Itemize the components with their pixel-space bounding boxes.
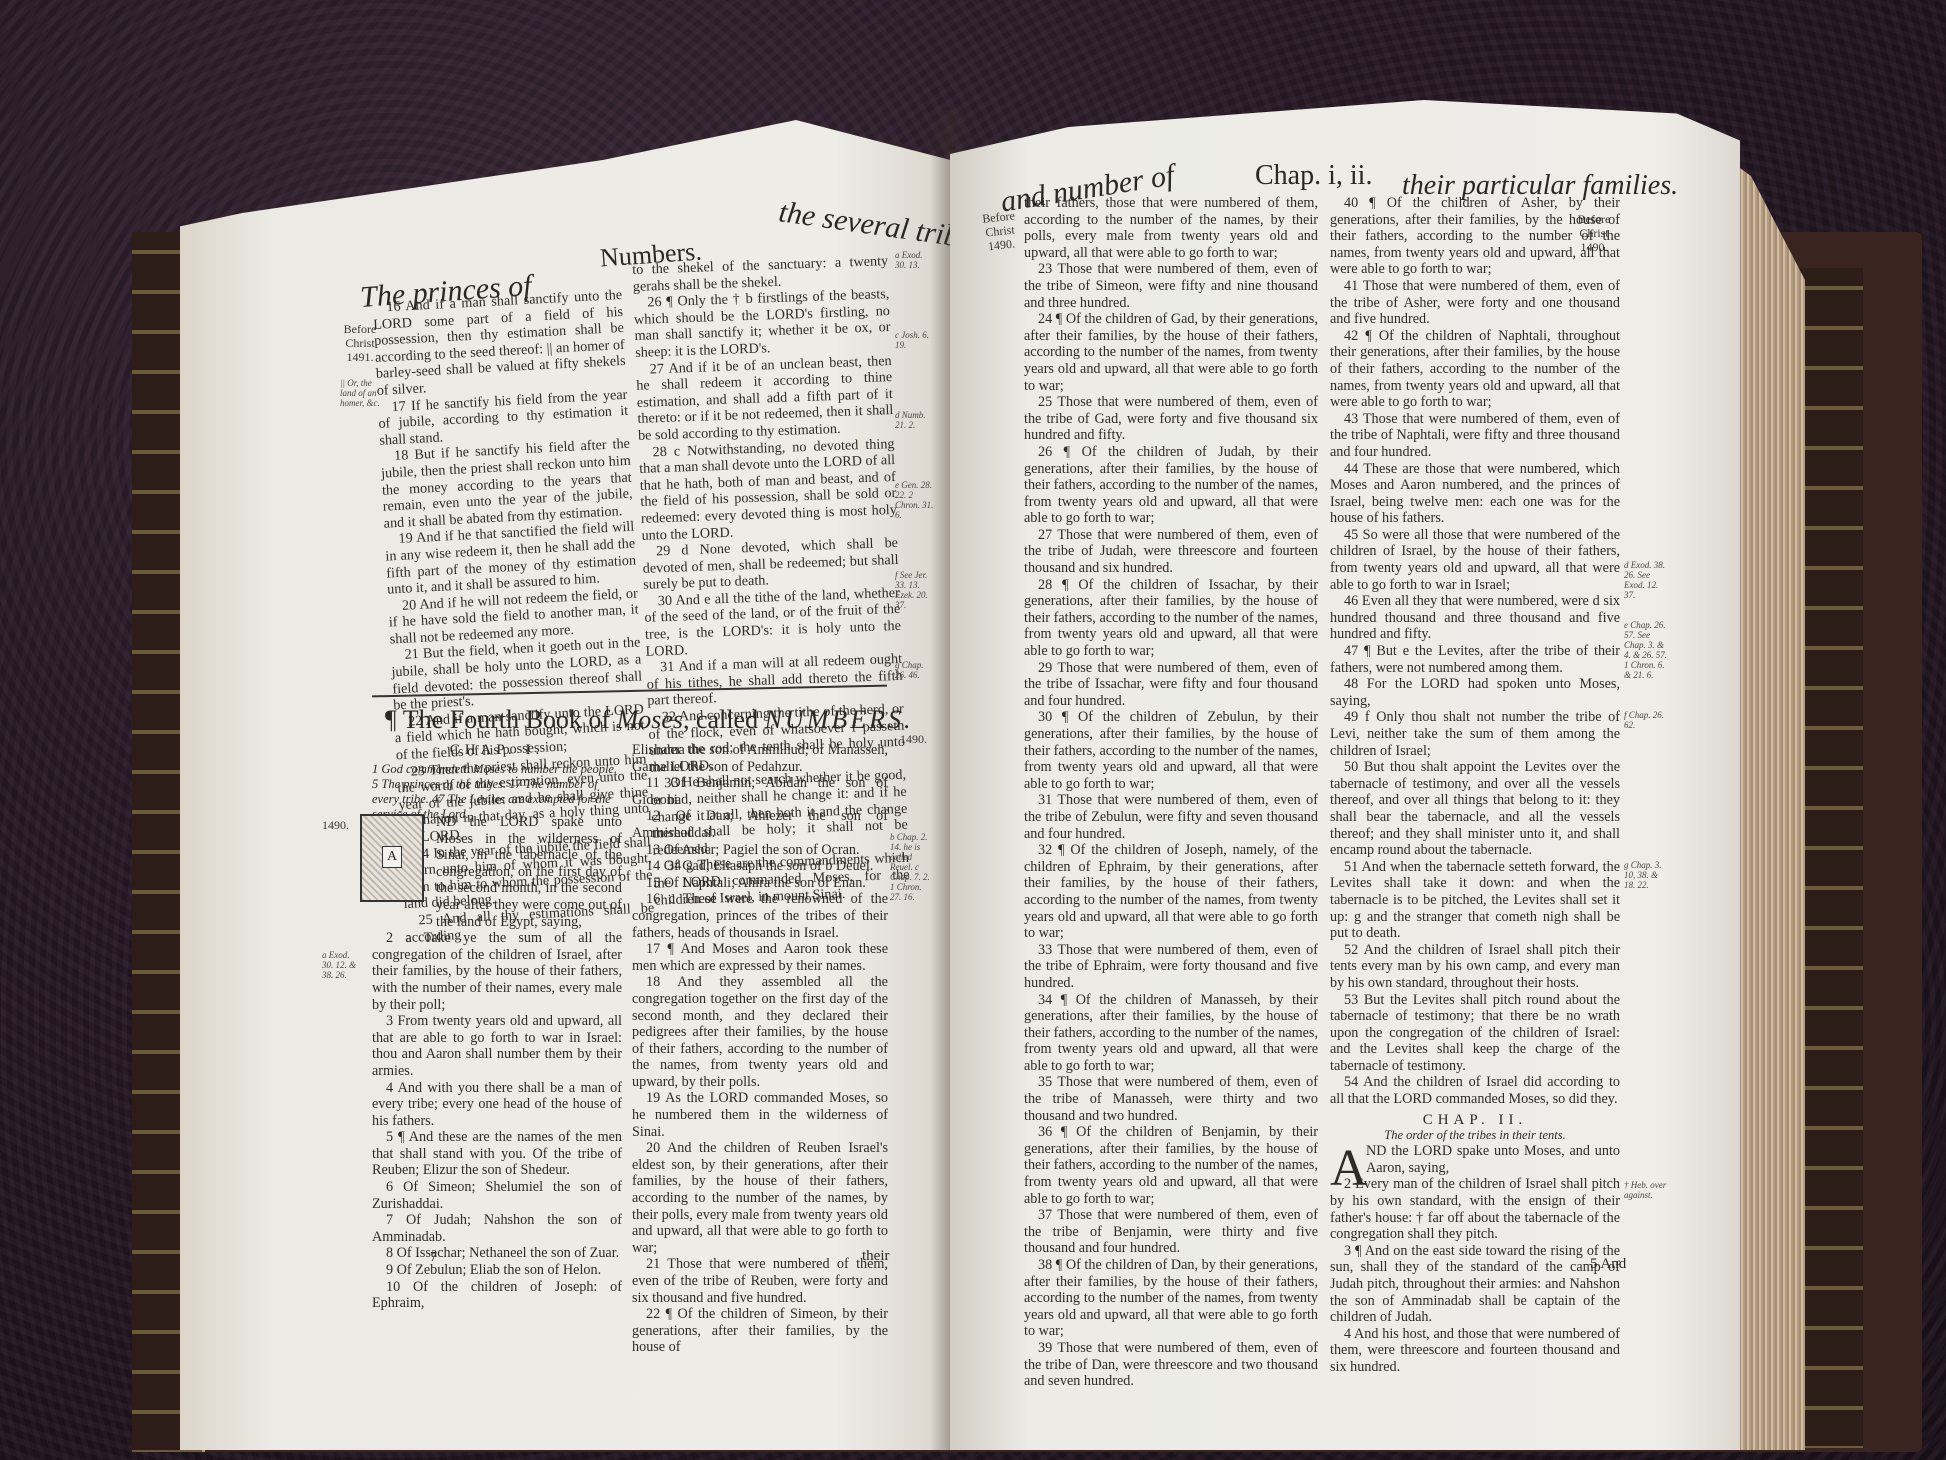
margin-year-left: 1490. [322, 818, 349, 832]
drop-cap: A [1330, 1143, 1368, 1195]
verse: 22 ¶ Of the children of Simeon, by their… [632, 1306, 888, 1356]
right-col2: 40 ¶ Of the children of Asher, by their … [1330, 195, 1620, 1376]
verse: 24 ¶ Of the children of Gad, by their ge… [1024, 311, 1318, 394]
verse: 5 ¶ And these are the names of the men t… [372, 1129, 622, 1179]
right-col1: their fathers, those that were numbered … [1024, 195, 1318, 1390]
verse: 25 Those that were numbered of them, eve… [1024, 394, 1318, 444]
verse: ND the LORD spake unto Moses in the wild… [436, 814, 622, 930]
footnote: f Chap. 26. 62. [1624, 710, 1670, 730]
left-col1-bottom: ND the LORD spake unto Moses in the wild… [372, 814, 622, 1312]
footnote: a Exod. 30. 12. & 38. 26. [322, 950, 362, 980]
verse: 15 Of Naphtali; Ahira the son of Enan. [632, 875, 888, 892]
verse: 41 Those that were numbered of them, eve… [1330, 278, 1620, 328]
verse: 39 Those that were numbered of them, eve… [1024, 1340, 1318, 1390]
verse: 38 ¶ Of the children of Dan, by their ge… [1024, 1257, 1318, 1340]
verse: 31 And if a man will at all redeem ought… [646, 651, 904, 710]
verse: 21 Those that were numbered of them, eve… [632, 1256, 888, 1306]
verse: 29 Those that were numbered of them, eve… [1024, 660, 1318, 710]
verse: 19 As the LORD commanded Moses, so he nu… [632, 1090, 888, 1140]
footnote: d Numb. 21. 2. [895, 410, 935, 430]
right-col2-notes: d Exod. 38. 26. See Exod. 12. 37. e Chap… [1624, 560, 1670, 1200]
verse: 20 And the children of Reuben Israel's e… [632, 1140, 888, 1256]
verse: 2 a Take ye the sum of all the congregat… [372, 930, 622, 1013]
verse: 30 And e all the tithe of the land, whet… [644, 585, 902, 660]
verse: 7 Of Judah; Nahshon the son of Amminadab… [372, 1212, 622, 1245]
verse: 14 Of Gad; Eliasaph the son of b Deuel. [632, 858, 888, 875]
page-number: 7 [430, 1250, 437, 1266]
verse: 18 And they assembled all the congregati… [632, 974, 888, 1090]
chapter-heading: CHAP. I. [372, 742, 622, 759]
verse: 43 Those that were numbered of them, eve… [1330, 411, 1620, 461]
verse: 26 ¶ Of the children of Judah, by their … [1024, 444, 1318, 527]
chapter-summary: The order of the tribes in their tents. [1330, 1128, 1620, 1143]
footnote: a Exod. 30. 13. [895, 250, 935, 270]
verse: 49 f Only thou shalt not number the trib… [1330, 709, 1620, 759]
footnote: b Chap. 2. 14. he is called Reuel. c Cha… [890, 832, 934, 902]
verse: 6 Of Simeon; Shelumiel the son of Zurish… [372, 1179, 622, 1212]
book-title: ¶ The Fourth Book of Moses, called NUMBE… [385, 705, 914, 735]
chapter-heading: CHAP. II. [1330, 1112, 1620, 1129]
verse: 27 And if it be of an unclean beast, the… [635, 353, 894, 445]
verse: 30 ¶ Of the children of Zebulun, by thei… [1024, 709, 1318, 792]
verse: 52 And the children of Israel shall pitc… [1330, 942, 1620, 992]
verse: 37 Those that were numbered of them, eve… [1024, 1207, 1318, 1257]
margin-note: || Or, the land of an homer, &c. [340, 378, 380, 408]
footnote: d Exod. 38. 26. See Exod. 12. 37. [1624, 560, 1670, 600]
verse: 28 c Notwithstanding, no devoted thing t… [638, 435, 897, 543]
verse: 3 ¶ And on the east side toward the risi… [1330, 1243, 1620, 1326]
verse: 48 For the LORD had spoken unto Moses, s… [1330, 676, 1620, 709]
verse: 27 Those that were numbered of them, eve… [1024, 527, 1318, 577]
verse: 4 And his host, and those that were numb… [1330, 1326, 1620, 1376]
verse: 9 Of Zebulun; Eliab the son of Helon. [372, 1262, 622, 1279]
verse: 2 Every man of the children of Israel sh… [1330, 1176, 1620, 1242]
verse: 4 And with you there shall be a man of e… [372, 1080, 622, 1130]
verse: 31 Those that were numbered of them, eve… [1024, 792, 1318, 842]
verse: 34 ¶ Of the children of Manasseh, by the… [1024, 992, 1318, 1075]
verse: 16 And if a man shall sanctify unto the … [372, 287, 627, 400]
verse: Elishama the son of Ammihud; of Manasseh… [632, 742, 888, 775]
verse: 19 And if he that sanctified the field w… [384, 519, 637, 598]
verse: 13 Of Asher; Pagiel the son of Ocran. [632, 842, 888, 859]
verse: 8 Of Issachar; Nethaneel the son of Zuar… [372, 1245, 622, 1262]
verse: 32 ¶ Of the children of Joseph, namely, … [1024, 842, 1318, 942]
verse: 45 So were all those that were numbered … [1330, 527, 1620, 593]
verse: ND the LORD spake unto Moses, and unto A… [1366, 1143, 1620, 1176]
verse: 3 From twenty years old and upward, all … [372, 1013, 622, 1079]
verse: 18 But if he sanctify his field after th… [380, 436, 634, 532]
verse: 47 ¶ But e the Levites, after the tribe … [1330, 643, 1620, 676]
footnote: † Heb. over against. [1624, 1180, 1670, 1200]
verse: 26 ¶ Only the † b firstlings of the beas… [633, 286, 891, 361]
verse: 35 Those that were numbered of them, eve… [1024, 1074, 1318, 1124]
verse: 11 Of Benjamin; Abidan the son of Gideon… [632, 775, 888, 808]
footnote: f See Jer. 33. 13. Ezek. 20. 37. [895, 570, 935, 610]
verse: 17 ¶ And Moses and Aaron took these men … [632, 941, 888, 974]
verse: 44 These are those that were numbered, w… [1330, 461, 1620, 527]
margin-year-right: 1490. [900, 732, 927, 746]
footnote: e Gen. 28. 22. 2 Chron. 31. 6. [895, 480, 935, 520]
chapter-summary: 1 God commandeth Moses to number the peo… [372, 762, 622, 822]
left-col2-bottom: Elishama the son of Ammihud; of Manasseh… [632, 742, 888, 1356]
footnote: e Chap. 26. 57. See Chap. 3. & 4. & 26. … [1624, 620, 1670, 680]
verse: 16 c These were the renowned of the cong… [632, 891, 888, 941]
verse: 46 Even all they that were numbered, wer… [1330, 593, 1620, 643]
footnote: g Chap. 26. 46. [895, 660, 935, 680]
verse: 29 d None devoted, which shall be devote… [642, 535, 900, 594]
catchword: 5 And [1590, 1256, 1626, 1273]
verse: 50 But thou shalt appoint the Levites ov… [1330, 759, 1620, 859]
verse: their fathers, those that were numbered … [1024, 195, 1318, 261]
catchword: their [862, 1248, 890, 1265]
verse: 33 Those that were numbered of them, eve… [1024, 942, 1318, 992]
verse: 10 Of the children of Joseph: of Ephraim… [372, 1279, 622, 1312]
verse: 42 ¶ Of the children of Naphtali, throug… [1330, 328, 1620, 411]
verse: 40 ¶ Of the children of Asher, by their … [1330, 195, 1620, 278]
running-head-chapter: Chap. i, ii. [1255, 160, 1372, 192]
verse: 36 ¶ Of the children of Benjamin, by the… [1024, 1124, 1318, 1207]
margin-date-left: Before Christ 1490. [980, 208, 1020, 254]
left-col2-notes: a Exod. 30. 13. c Josh. 6. 19. d Numb. 2… [895, 250, 935, 680]
footnote: g Chap. 3. 10, 38. & 18. 22. [1624, 860, 1670, 890]
verse: 12 Of Dan; Ahiezer the son of Ammishadda… [632, 808, 888, 841]
footnote: c Josh. 6. 19. [895, 330, 935, 350]
verse: 54 And the children of Israel did accord… [1330, 1074, 1620, 1107]
verse: 53 But the Levites shall pitch round abo… [1330, 992, 1620, 1075]
verse: 28 ¶ Of the children of Issachar, by the… [1024, 577, 1318, 660]
verse: 51 And when the tabernacle setteth forwa… [1330, 859, 1620, 942]
verse: 23 Those that were numbered of them, eve… [1024, 261, 1318, 311]
